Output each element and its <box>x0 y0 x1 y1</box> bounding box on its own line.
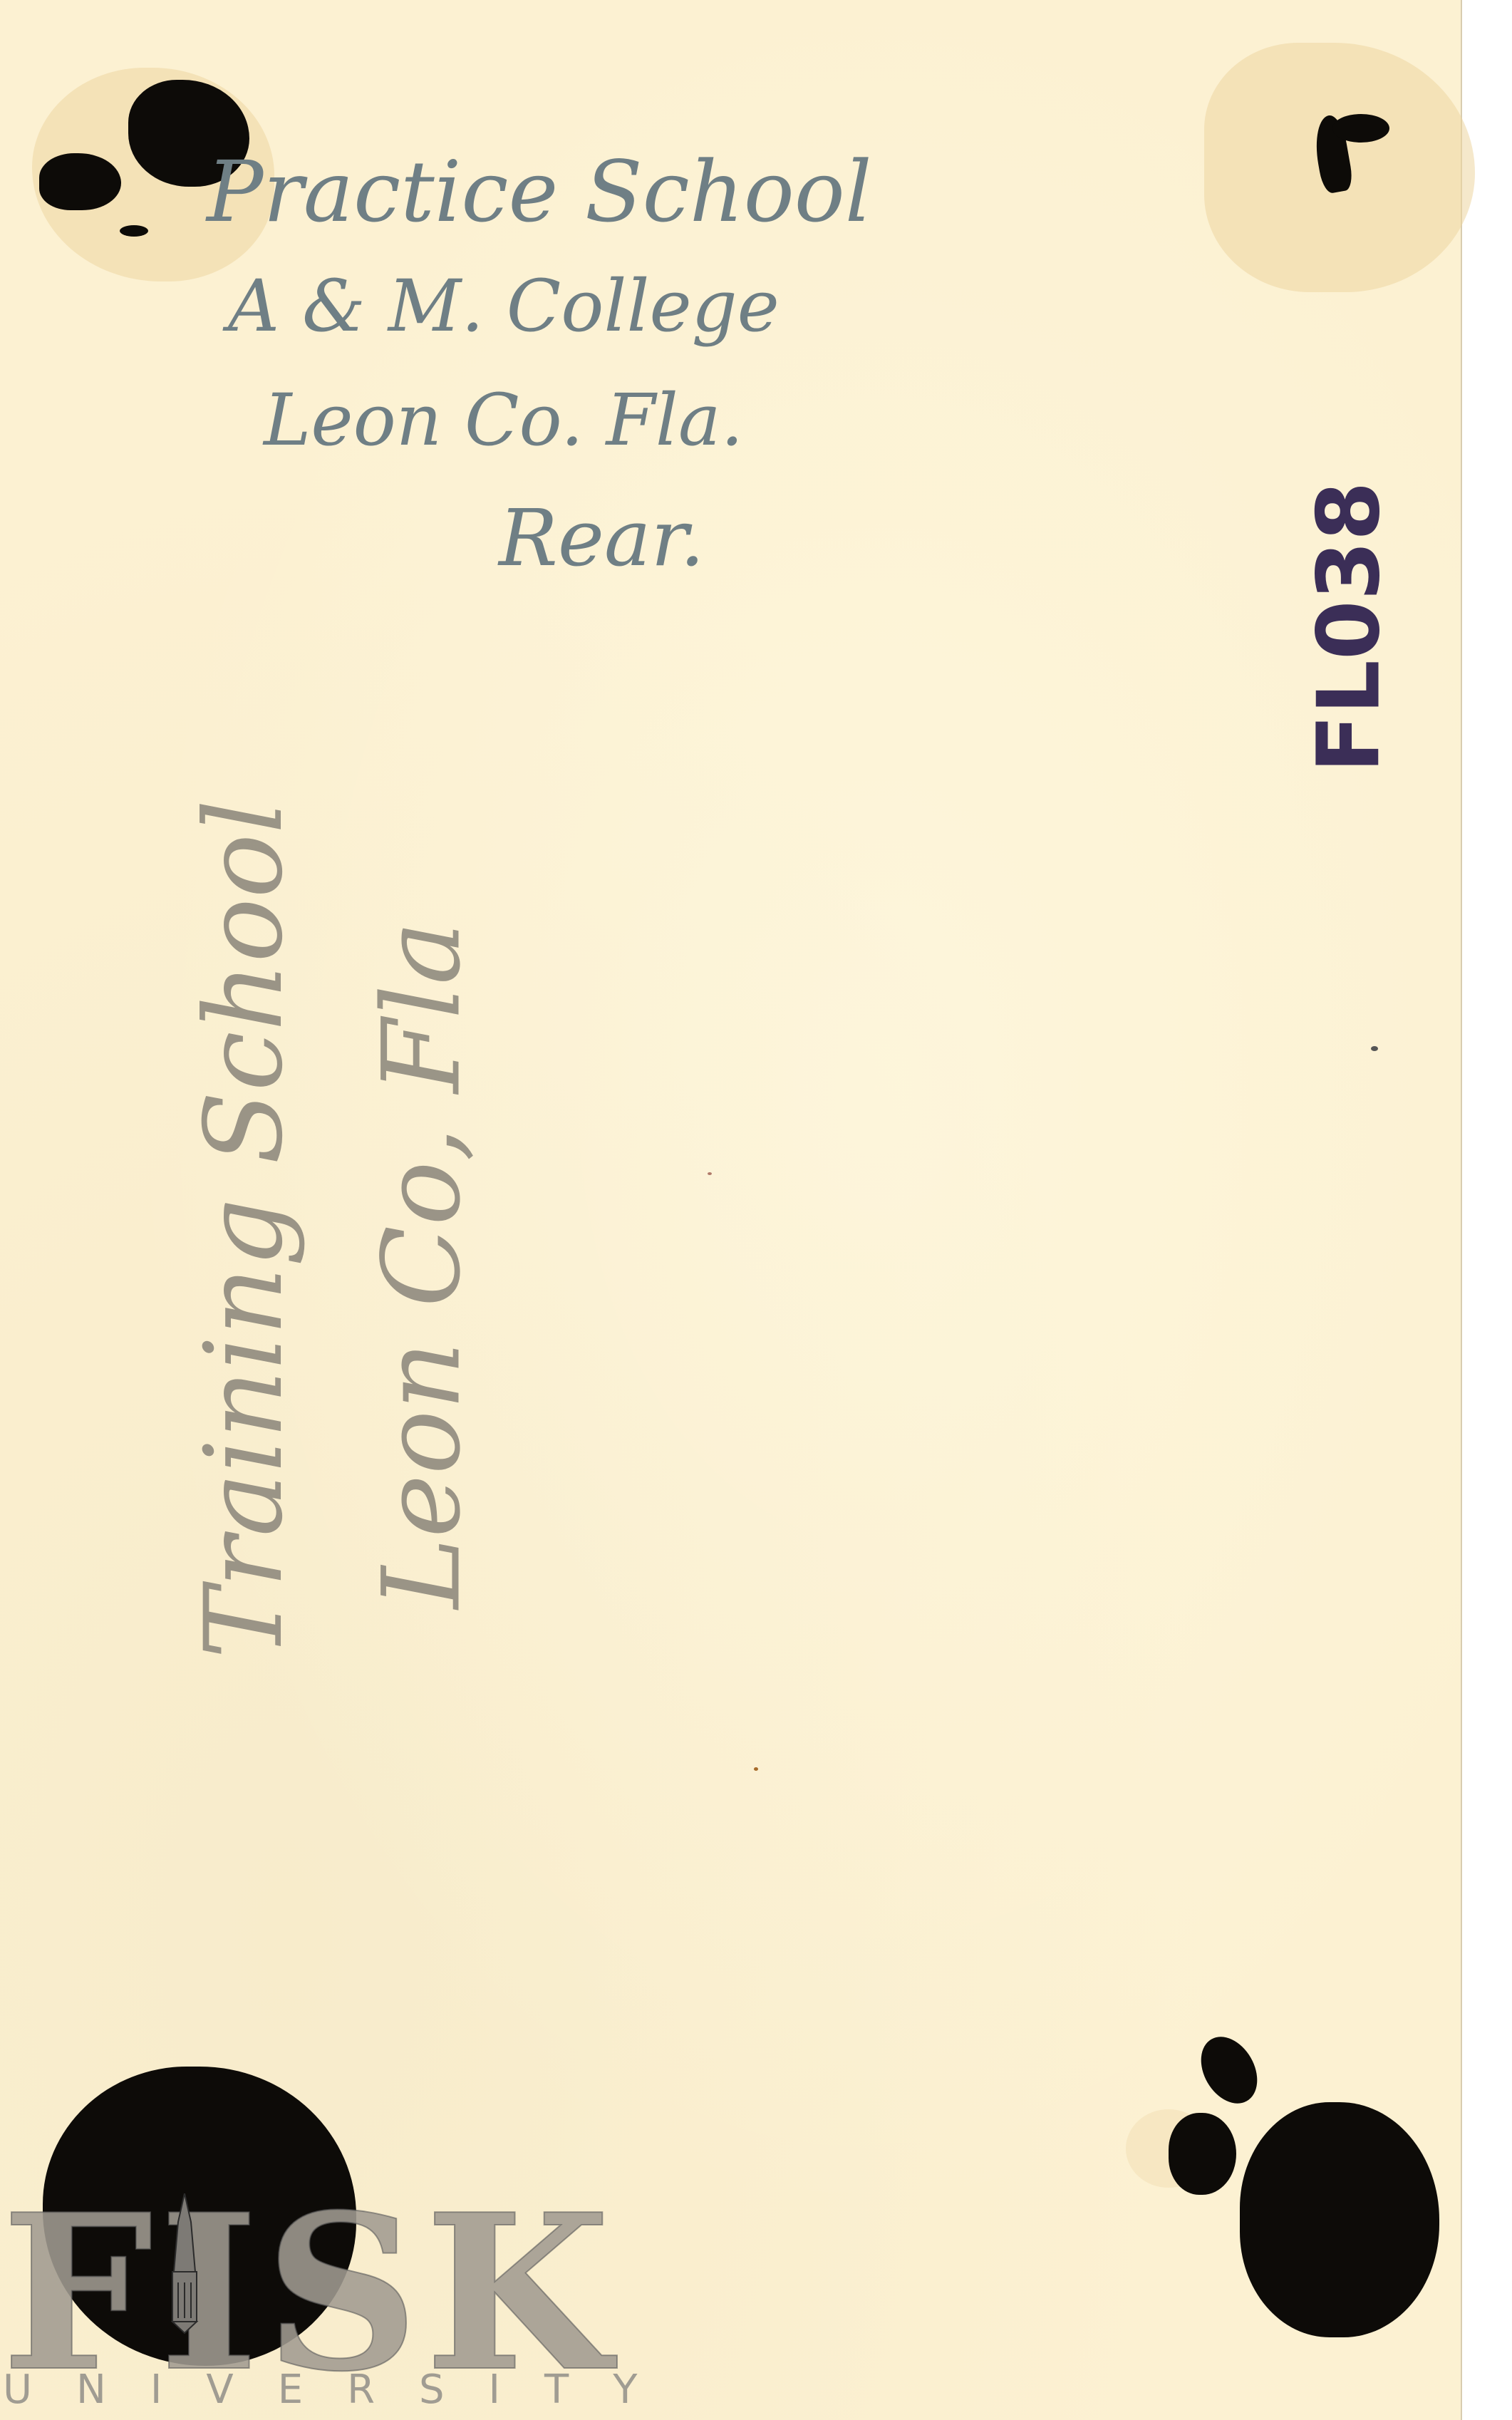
inscription-line-4: Rear. <box>499 499 705 577</box>
photo-card-back: Practice School A & M. College Leon Co. … <box>0 0 1462 2420</box>
watermark-subtitle: UNIVERSITY <box>3 2370 681 2410</box>
mount-residue-top-right-hook <box>1332 114 1389 143</box>
pencil-inscription-line-1: Training School <box>191 800 298 1659</box>
bell-tower-icon <box>162 2193 207 2336</box>
speck <box>754 1767 758 1771</box>
inscription-line-1: Practice School <box>207 150 872 234</box>
mount-residue-bottom-right-side <box>1169 2113 1236 2195</box>
speck <box>1371 1046 1378 1051</box>
mount-residue-top-left-3 <box>120 225 148 237</box>
inscription-line-3: Leon Co. Fla. <box>264 385 743 456</box>
mount-residue-bottom-right-tip <box>1190 2027 1269 2114</box>
mount-residue-top-left-2 <box>39 153 121 210</box>
catalog-number: FL038 <box>1307 482 1392 773</box>
inscription-line-2: A & M. College <box>228 271 780 342</box>
pencil-inscription-line-2: Leon Co, Fla <box>368 921 475 1609</box>
speck <box>708 1172 712 1175</box>
mount-residue-bottom-right-main <box>1240 2102 1439 2337</box>
